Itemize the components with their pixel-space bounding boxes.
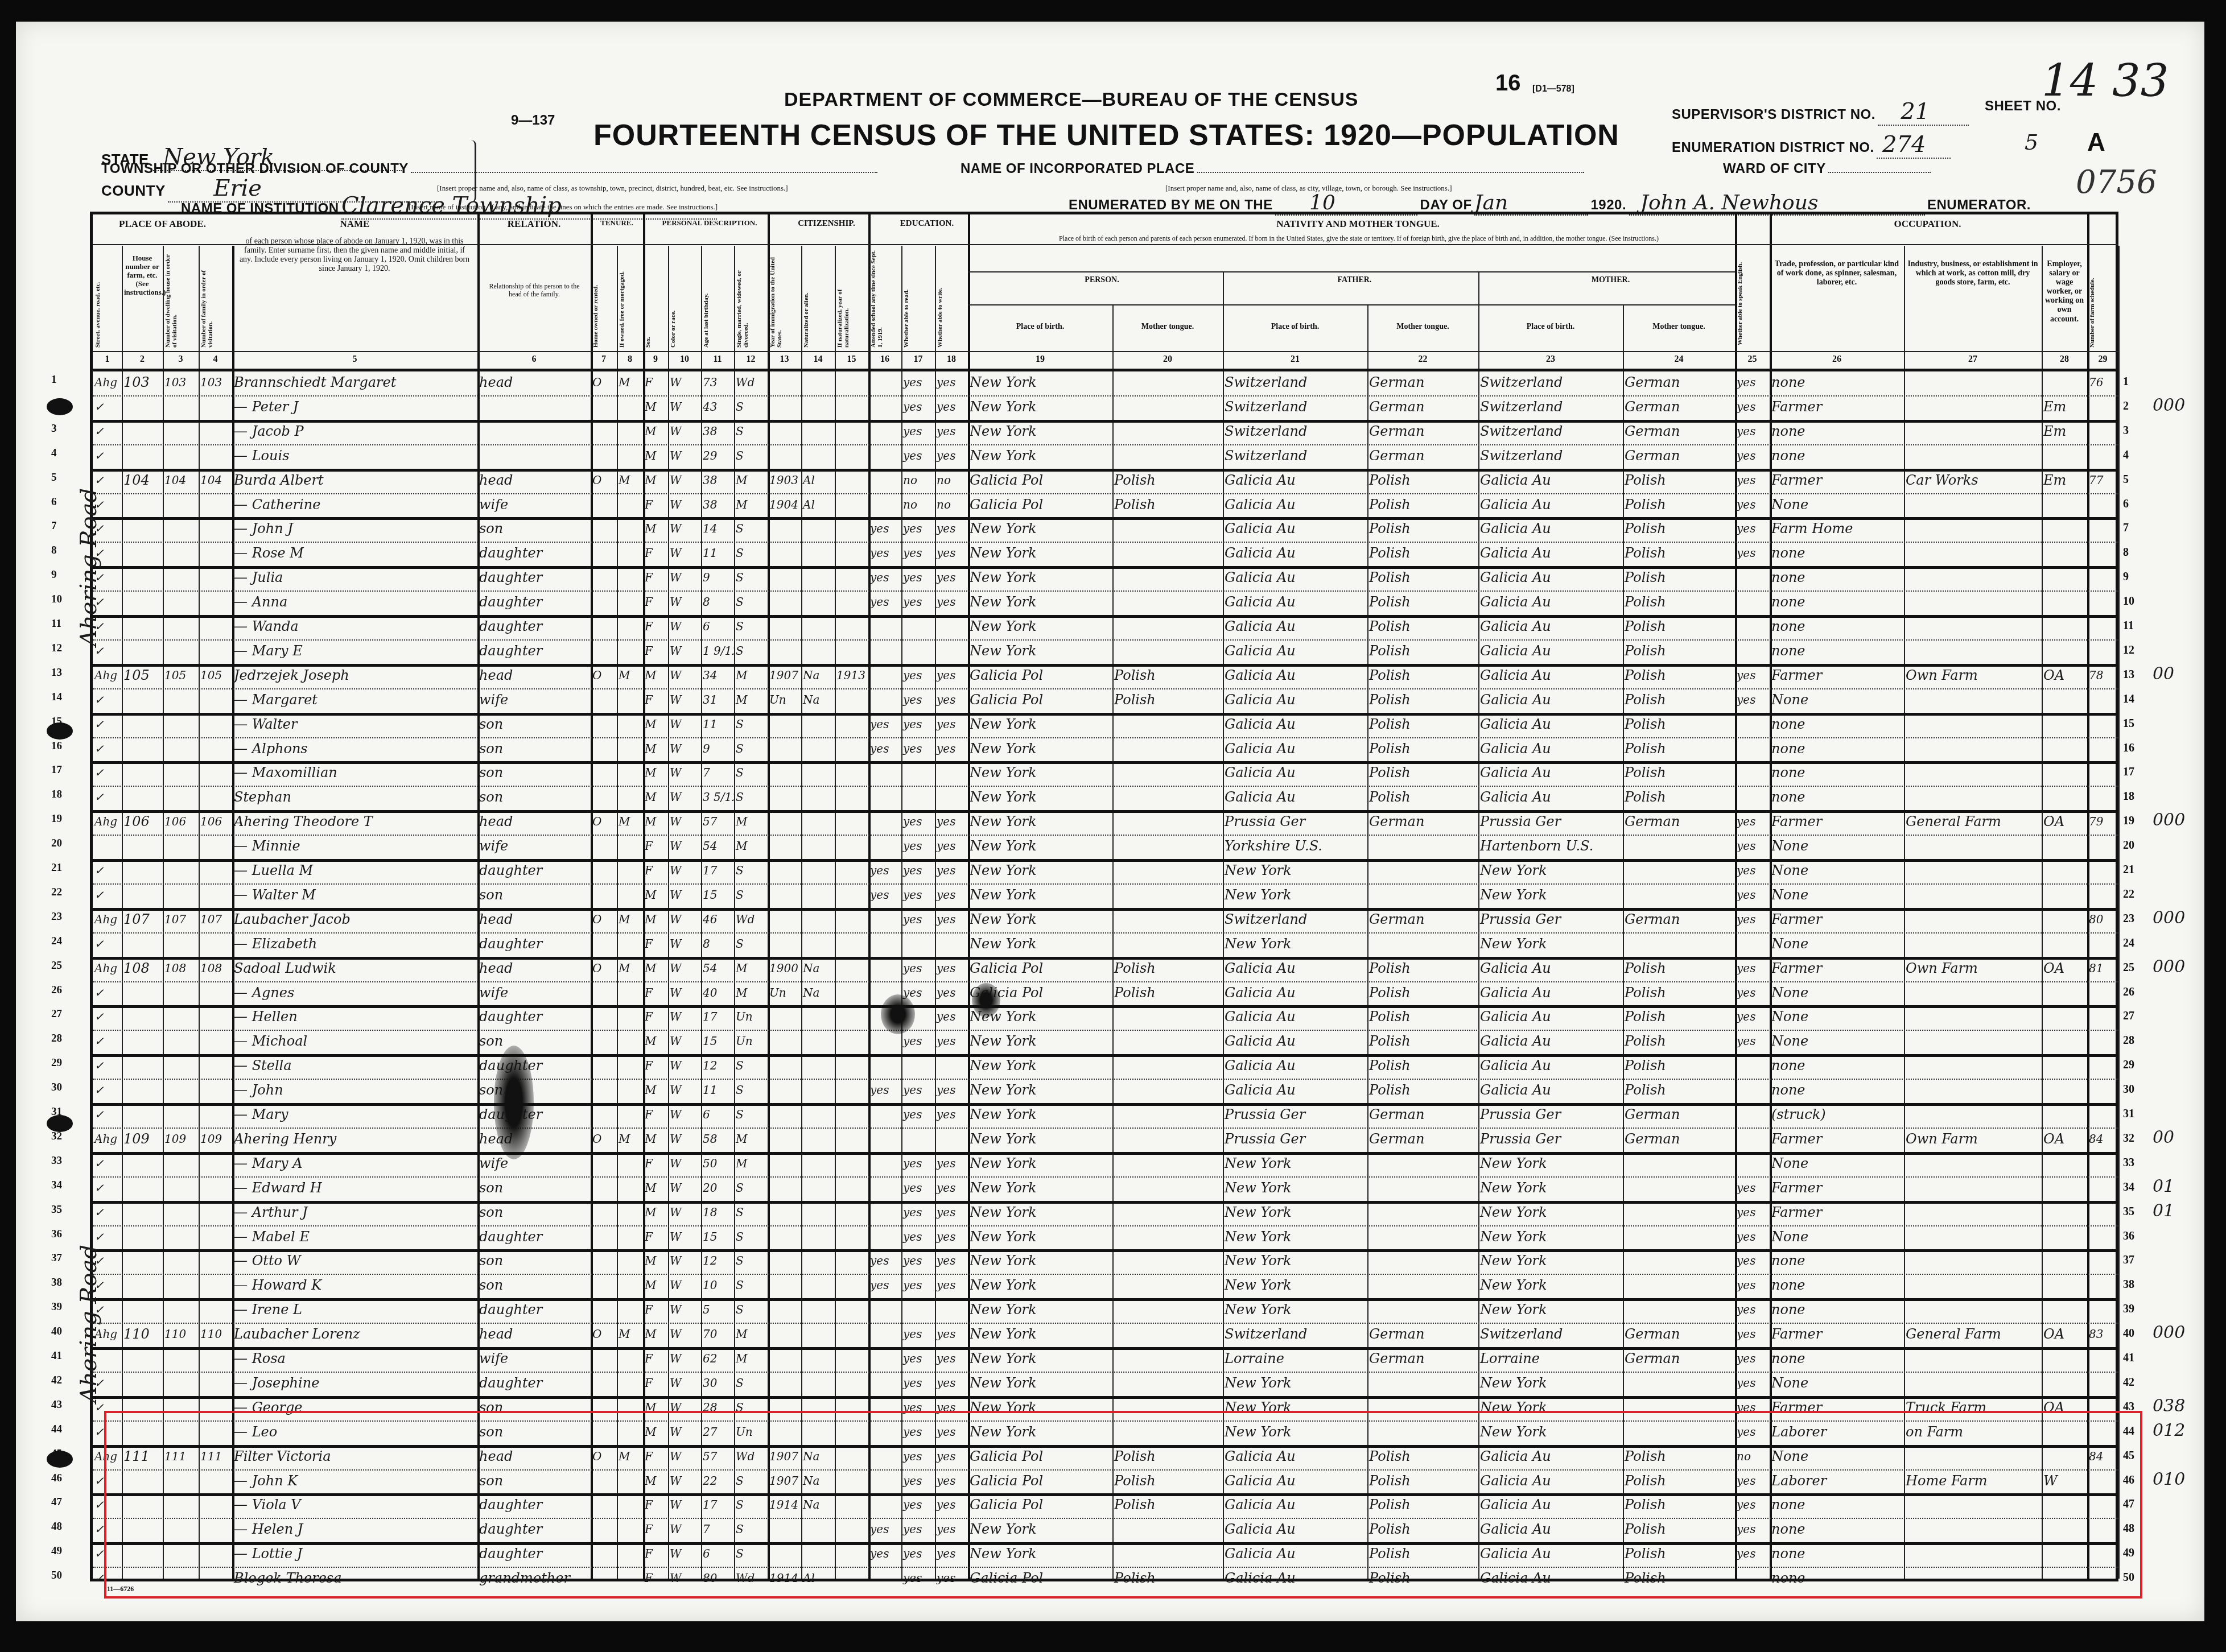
cell-english: yes (1735, 981, 1769, 1004)
cell-read: yes (901, 737, 934, 760)
cell-nat: Na (801, 981, 834, 1004)
cell-mpob: Galicia Au (1478, 981, 1622, 1004)
cell-read: yes (901, 1225, 934, 1248)
cell-sex: M (643, 395, 667, 418)
table-row: ✓— Luella MdaughterFW17SyesyesyesNew Yor… (93, 859, 2118, 883)
cell-sex: M (643, 1201, 667, 1224)
cell-age: 14 (701, 517, 733, 540)
cell-name: — Hellen (232, 1005, 477, 1028)
line-number-left: 29 (51, 1057, 62, 1069)
cell-fpob: Lorraine (1223, 1347, 1367, 1370)
cell-ftongue: Polish (1367, 517, 1478, 540)
cell-ftongue: Polish (1367, 542, 1478, 564)
cell-fpob: Galicia Au (1223, 1054, 1367, 1077)
row-divider (968, 304, 1735, 305)
cell-trade: Farmer (1770, 1201, 1903, 1224)
line-number-left: 39 (51, 1301, 62, 1314)
line-number-left: 30 (51, 1081, 62, 1094)
cell-ftongue: Polish (1367, 981, 1478, 1004)
cell-read: yes (901, 664, 934, 687)
cell-read: yes (901, 420, 934, 443)
cell-street: ✓ (93, 713, 121, 736)
cell-mtongue: Polish (1623, 957, 1734, 980)
form-number: 9—137 (511, 113, 555, 129)
cell-relation: daughter (477, 590, 590, 613)
cell-relation: head (477, 908, 590, 931)
column-number-12: 12 (734, 354, 768, 365)
cell-class: OA (2042, 664, 2087, 687)
cell-marital: S (734, 1225, 767, 1248)
margin-annotation: 01 (2153, 1201, 2174, 1221)
cell-english: yes (1735, 1005, 1769, 1028)
column-header-14: Naturalized or alien. (803, 250, 832, 348)
column-divider (2118, 246, 2120, 1579)
table-row: ✓— Mary EdaughterFW1 9/12SNew YorkGalici… (93, 639, 2118, 664)
table-row: ✓— ElizabethdaughterFW8SNew YorkNew York… (93, 932, 2118, 957)
cell-ftongue: Polish (1367, 664, 1478, 687)
cell-trade: Farmer (1770, 1128, 1903, 1150)
cell-fpob: New York (1223, 1176, 1367, 1199)
cell-fpob: Prussia Ger (1223, 1128, 1367, 1150)
cell-relation: son (477, 786, 590, 808)
line-number-left: 32 (51, 1130, 62, 1143)
cell-name: — Wanda (232, 615, 477, 638)
cell-relation: wife (477, 981, 590, 1004)
cell-english: yes (1735, 908, 1769, 931)
ink-stain (972, 983, 1000, 1017)
cell-relation: daughter (477, 932, 590, 955)
cell-mtongue: Polish (1623, 1005, 1734, 1028)
cell-mtongue: Polish (1623, 469, 1734, 492)
cell-age: 6 (701, 1103, 733, 1126)
cell-relation: head (477, 371, 590, 394)
cell-name: — Edward H (232, 1176, 477, 1199)
cell-mtongue: German (1623, 1128, 1734, 1150)
table-row: ✓— Mabel EdaughterFW15SyesyesNew YorkNew… (93, 1225, 2118, 1250)
cell-school: yes (868, 542, 901, 564)
cell-house: 107 (122, 908, 162, 931)
cell-mpob: Prussia Ger (1478, 1103, 1622, 1126)
cell-pob: Galicia Pol (968, 469, 1112, 492)
cell-age: 34 (701, 664, 733, 687)
cell-sex: M (643, 761, 667, 784)
cell-family: 104 (199, 469, 232, 492)
cell-age: 7 (701, 761, 733, 784)
cell-english: yes (1735, 688, 1769, 711)
cell-write: yes (935, 1201, 967, 1224)
cell-school: yes (868, 517, 901, 540)
cell-name: — Otto W (232, 1249, 477, 1272)
cell-house: 110 (122, 1323, 162, 1345)
cell-marital: M (734, 1152, 767, 1175)
cell-fpob: Galicia Au (1223, 639, 1367, 662)
column-number-26: 26 (1770, 354, 1904, 365)
cell-relation: son (477, 761, 590, 784)
cell-name: — Jacob P (232, 420, 477, 443)
column-number-19: 19 (968, 354, 1112, 365)
cell-nat: Al (801, 493, 834, 516)
cell-trade: none (1770, 590, 1903, 613)
cell-school: yes (868, 1079, 901, 1101)
cell-race: W (668, 1298, 700, 1321)
line-number-left: 13 (51, 667, 62, 679)
cell-mpob: Galicia Au (1478, 688, 1622, 711)
cell-read: yes (901, 1274, 934, 1296)
cell-race: W (668, 1030, 700, 1052)
cell-race: W (668, 835, 700, 857)
cell-dwelling: 107 (163, 908, 198, 931)
cell-street: Ahg (93, 664, 121, 687)
cell-name: Jedrzejek Joseph (232, 664, 477, 687)
cell-write: yes (935, 957, 967, 980)
column-header-10: Color or race. (670, 250, 699, 348)
punch-hole (47, 398, 73, 415)
line-number-left: 16 (51, 740, 62, 753)
cell-trade: none (1770, 615, 1903, 638)
cell-race: W (668, 420, 700, 443)
cell-home: O (591, 1128, 616, 1150)
cell-fpob: Prussia Ger (1223, 1103, 1367, 1126)
cell-read: yes (901, 1372, 934, 1394)
column-number-15: 15 (835, 354, 868, 365)
cell-race: W (668, 395, 700, 418)
incorporated-place-field: NAME OF INCORPORATED PLACE (961, 161, 1584, 177)
cell-write: yes (935, 420, 967, 443)
cell-sex: M (643, 810, 667, 833)
line-number-right: 17 (2123, 766, 2134, 779)
cell-street: Ahg (93, 908, 121, 931)
cell-trade: none (1770, 639, 1903, 662)
cell-marital: S (734, 1372, 767, 1394)
cell-race: W (668, 908, 700, 931)
cell-name: — Walter M (232, 883, 477, 906)
row-divider (93, 351, 2118, 352)
cell-trade: none (1770, 1347, 1903, 1370)
cell-age: 11 (701, 1079, 733, 1101)
cell-imm: 1907 (768, 664, 801, 687)
column-number-1: 1 (93, 354, 122, 365)
enumerator-label: ENUMERATOR. (1927, 197, 2031, 213)
cell-read: yes (901, 1152, 934, 1175)
cell-english: yes (1735, 1274, 1769, 1296)
cell-sex: F (643, 688, 667, 711)
column-number-11: 11 (701, 354, 734, 365)
cell-race: W (668, 371, 700, 394)
cell-street: Ahg (93, 1128, 121, 1150)
cell-age: 50 (701, 1152, 733, 1175)
cell-fpob: New York (1223, 883, 1367, 906)
table-row: ✓— WaltersonMW11SyesyesyesNew YorkGalici… (93, 713, 2118, 737)
cell-farm: 76 (2087, 371, 2118, 394)
cell-ftongue: Polish (1367, 590, 1478, 613)
line-number-left: 41 (51, 1350, 62, 1362)
cell-house: 103 (122, 371, 162, 394)
cell-mpob: Galicia Au (1478, 1079, 1622, 1101)
cell-english: yes (1735, 810, 1769, 833)
cell-ftongue: German (1367, 444, 1478, 467)
cell-sex: F (643, 1298, 667, 1321)
line-number-right: 25 (2123, 961, 2134, 974)
cell-imm: 1900 (768, 957, 801, 980)
margin-annotation: 000 (2153, 395, 2185, 415)
table-row: ✓— LouisMW29SyesyesNew YorkSwitzerlandGe… (93, 444, 2118, 469)
line-number-left: 12 (51, 642, 62, 655)
cell-dwelling: 106 (163, 810, 198, 833)
cell-fpob: Switzerland (1223, 444, 1367, 467)
cell-marital: S (734, 1176, 767, 1199)
day-of-label: DAY OF (1420, 197, 1472, 213)
cell-read: yes (901, 1176, 934, 1199)
cell-family: 110 (199, 1323, 232, 1345)
cell-sex: M (643, 1030, 667, 1052)
line-number-left: 49 (51, 1545, 62, 1558)
cell-trade: none (1770, 542, 1903, 564)
cell-mpob: New York (1478, 1152, 1622, 1175)
line-number-right: 27 (2123, 1010, 2134, 1023)
cell-relation: head (477, 469, 590, 492)
cell-fpob: Galicia Au (1223, 590, 1367, 613)
cell-mpob: Galicia Au (1478, 517, 1622, 540)
table-row: ✓— Arthur JsonMW18SyesyesNew YorkNew Yor… (93, 1201, 2118, 1225)
cell-name: — Minnie (232, 835, 477, 857)
cell-english: yes (1735, 395, 1769, 418)
column-number-16: 16 (868, 354, 901, 365)
cell-trade: None (1770, 859, 1903, 882)
cell-sex: F (643, 835, 667, 857)
cell-age: 9 (701, 566, 733, 589)
enumeration-label: ENUMERATION DISTRICT NO. (1672, 140, 1874, 155)
cell-mtongue: German (1623, 395, 1734, 418)
cell-marital: S (734, 713, 767, 736)
margin-annotation: 010 (2153, 1469, 2185, 1489)
cell-tongue: Polish (1112, 493, 1222, 516)
cell-write: yes (935, 908, 967, 931)
cell-sex: M (643, 1274, 667, 1296)
cell-relation: head (477, 957, 590, 980)
cell-write: yes (935, 1372, 967, 1394)
column-header-16: Attended school any time since Sept. 1, … (871, 250, 899, 348)
line-number-left: 1 (51, 374, 57, 386)
cell-trade: (struck) (1770, 1103, 1903, 1126)
cell-read: yes (901, 517, 934, 540)
cell-age: 30 (701, 1372, 733, 1394)
column-header-8: If owned, free or mortgaged. (619, 250, 641, 348)
cell-race: W (668, 1176, 700, 1199)
cell-mtongue: German (1623, 1323, 1734, 1345)
cell-trade: None (1770, 932, 1903, 955)
relation-instructions: Relationship of this person to the head … (483, 283, 586, 299)
cell-dwelling: 110 (163, 1323, 198, 1345)
cell-school: yes (868, 859, 901, 882)
supervisor-value: 21 (1878, 98, 1969, 126)
line-number-left: 6 (51, 496, 57, 509)
cell-write: yes (935, 1249, 967, 1272)
cell-mpob: Galicia Au (1478, 664, 1622, 687)
cell-ftongue: Polish (1367, 469, 1478, 492)
line-number-left: 24 (51, 935, 62, 948)
cell-english: yes (1735, 1176, 1769, 1199)
line-number-right: 21 (2123, 864, 2134, 877)
cell-mpob: Prussia Ger (1478, 908, 1622, 931)
cell-mtongue: German (1623, 371, 1734, 394)
cell-name: Brannschiedt Margaret (232, 371, 477, 394)
cell-write: yes (935, 883, 967, 906)
cell-read: yes (901, 859, 934, 882)
cell-mpob: Galicia Au (1478, 786, 1622, 808)
cell-write: no (935, 469, 967, 492)
cell-marital: M (734, 1323, 767, 1345)
cell-ftongue: German (1367, 371, 1478, 394)
cell-street: ✓ (93, 444, 121, 467)
cell-pob: New York (968, 1274, 1112, 1296)
cell-trade: Farmer (1770, 810, 1903, 833)
cell-trade: Farmer (1770, 1176, 1903, 1199)
cell-school: yes (868, 737, 901, 760)
cell-industry: General Farm (1904, 1323, 2041, 1345)
cell-mpob: Galicia Au (1478, 590, 1622, 613)
cell-marital: S (734, 737, 767, 760)
column-number-29: 29 (2087, 354, 2118, 365)
cell-write: yes (935, 590, 967, 613)
cell-mtongue: German (1623, 1347, 1734, 1370)
cell-pob: New York (968, 737, 1112, 760)
cell-class: Em (2042, 469, 2087, 492)
cell-sex: M (643, 1176, 667, 1199)
cell-ftongue: Polish (1367, 786, 1478, 808)
cell-mpob: Prussia Ger (1478, 810, 1622, 833)
cell-mortgage: M (617, 1128, 642, 1150)
cell-english: yes (1735, 517, 1769, 540)
cell-marital: S (734, 1054, 767, 1077)
cell-marital: S (734, 566, 767, 589)
cell-pob: New York (968, 1298, 1112, 1321)
cell-english: yes (1735, 664, 1769, 687)
cell-mpob: Switzerland (1478, 1323, 1622, 1345)
cell-race: W (668, 883, 700, 906)
cell-race: W (668, 664, 700, 687)
cell-age: 62 (701, 1347, 733, 1370)
line-number-left: 21 (51, 862, 62, 874)
cell-marital: S (734, 932, 767, 955)
cell-school: yes (868, 590, 901, 613)
cell-pob: New York (968, 1201, 1112, 1224)
cell-english: yes (1735, 542, 1769, 564)
cell-trade: none (1770, 566, 1903, 589)
name-instructions: of each person whose place of abode on J… (238, 237, 471, 274)
table-row: Ahg110110110Laubacher LorenzheadOMMW70My… (93, 1323, 2118, 1347)
census-sheet: STATE New York COUNTY Erie 9—137 DEPARTM… (16, 22, 2204, 1621)
cell-street: ✓ (93, 1103, 121, 1126)
cell-name: — Stella (232, 1054, 477, 1077)
line-number-left: 7 (51, 520, 57, 532)
cell-write: yes (935, 1323, 967, 1345)
cell-age: 17 (701, 859, 733, 882)
cell-race: W (668, 810, 700, 833)
line-number-left: 23 (51, 911, 62, 923)
cell-tongue: Polish (1112, 981, 1222, 1004)
cell-mpob: New York (1478, 1225, 1622, 1248)
table-row: — MinniewifeFW54MyesyesNew YorkYorkshire… (93, 835, 2118, 859)
column-header-21: Place of birth. (1225, 323, 1365, 332)
cell-mortgage: M (617, 1323, 642, 1345)
cell-mtongue: German (1623, 420, 1734, 443)
cell-trade: none (1770, 761, 1903, 784)
cell-home: O (591, 810, 616, 833)
cell-mpob: Galicia Au (1478, 1005, 1622, 1028)
cell-family: 105 (199, 664, 232, 687)
cell-relation: daughter (477, 1225, 590, 1248)
cell-fpob: Galicia Au (1223, 1005, 1367, 1028)
line-number-left: 14 (51, 691, 62, 704)
cell-mortgage: M (617, 908, 642, 931)
cell-read: yes (901, 371, 934, 394)
line-number-right: 20 (2123, 839, 2134, 852)
cell-pob: New York (968, 835, 1112, 857)
cell-race: W (668, 542, 700, 564)
cell-ftongue: German (1367, 908, 1478, 931)
cell-age: 40 (701, 981, 733, 1004)
group-relation: RELATION. (477, 219, 591, 230)
cell-english: yes (1735, 469, 1769, 492)
cell-pob: New York (968, 1128, 1112, 1150)
cell-fpob: New York (1223, 1298, 1367, 1321)
cell-ftongue: Polish (1367, 737, 1478, 760)
cell-mtongue: Polish (1623, 688, 1734, 711)
line-number-right: 6 (2123, 498, 2129, 511)
margin-annotation: 000 (2153, 957, 2185, 977)
cell-read: yes (901, 542, 934, 564)
cell-age: 8 (701, 932, 733, 955)
line-number-right: 32 (2123, 1132, 2134, 1145)
line-number-right: 19 (2123, 815, 2134, 828)
cell-mtongue: Polish (1623, 1079, 1734, 1101)
cell-home: O (591, 957, 616, 980)
cell-age: 38 (701, 420, 733, 443)
cell-family: 106 (199, 810, 232, 833)
cell-age: 6 (701, 615, 733, 638)
column-header-4: Number of family in order of visitation. (201, 250, 230, 348)
cell-marital: M (734, 664, 767, 687)
enumerated-label: ENUMERATED BY ME ON THE (1069, 197, 1273, 213)
cell-school: yes (868, 713, 901, 736)
cell-mpob: Galicia Au (1478, 566, 1622, 589)
cell-marital: Un (734, 1030, 767, 1052)
line-number-right: 38 (2123, 1278, 2134, 1291)
column-header-27: Industry, business, or establishment in … (1906, 260, 2039, 287)
cell-mpob: Galicia Au (1478, 1054, 1622, 1077)
cell-name: — Margaret (232, 688, 477, 711)
cell-read: yes (901, 444, 934, 467)
cell-read: yes (901, 957, 934, 980)
cell-street: Ahg (93, 810, 121, 833)
cell-write: no (935, 493, 967, 516)
column-header-22: Mother tongue. (1370, 323, 1476, 332)
cell-ftongue: Polish (1367, 639, 1478, 662)
ward-label: WARD OF CITY (1723, 161, 1826, 176)
column-number-23: 23 (1478, 354, 1623, 365)
column-number-5: 5 (232, 354, 477, 365)
cell-fpob: Galicia Au (1223, 981, 1367, 1004)
cell-sex: F (643, 493, 667, 516)
cell-relation: wife (477, 835, 590, 857)
cell-street: ✓ (93, 420, 121, 443)
cell-sex: F (643, 1152, 667, 1175)
cell-read: yes (901, 883, 934, 906)
cell-mtongue: Polish (1623, 664, 1734, 687)
cell-street: ✓ (93, 981, 121, 1004)
cell-mtongue: Polish (1623, 542, 1734, 564)
cell-mtongue: Polish (1623, 713, 1734, 736)
